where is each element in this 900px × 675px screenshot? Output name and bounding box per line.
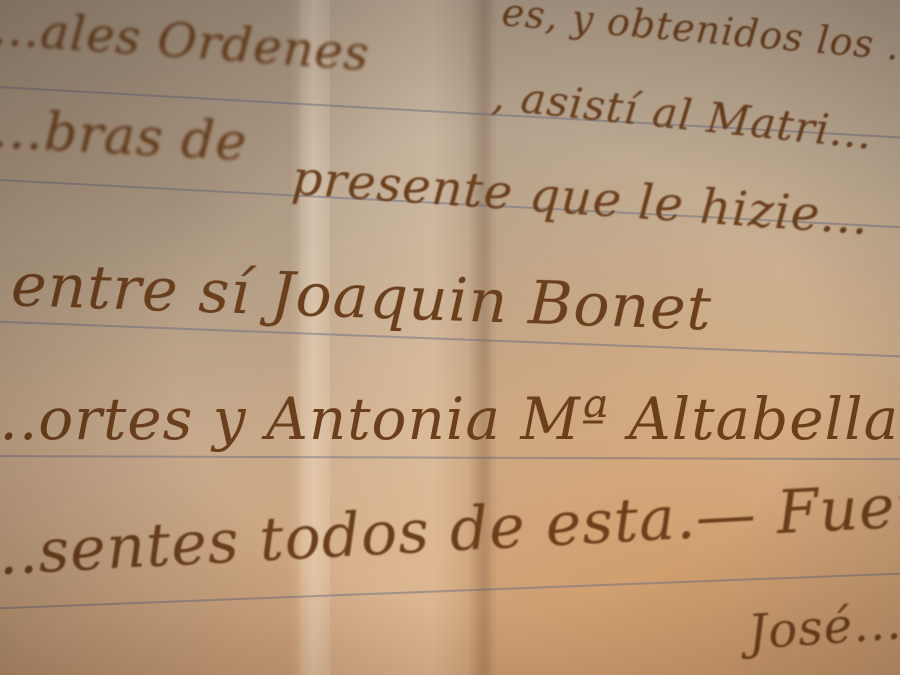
manuscript-line-7: José... xyxy=(746,594,900,661)
manuscript-photo: ...ales Ordenes es, y obtenidos los ... … xyxy=(0,0,900,675)
manuscript-line-2: ...bras de xyxy=(0,100,249,173)
manuscript-line-5: ...ortes y Antonia Mª Altabella mo... xyxy=(0,385,900,453)
manuscript-line-1-right: es, y obtenidos los ... xyxy=(500,0,900,71)
manuscript-line-4: entre sí Joaquin Bonet xyxy=(10,250,713,344)
manuscript-line-2-right: , asistí al Matri... xyxy=(490,70,875,159)
paper-fold-edge xyxy=(290,0,330,675)
